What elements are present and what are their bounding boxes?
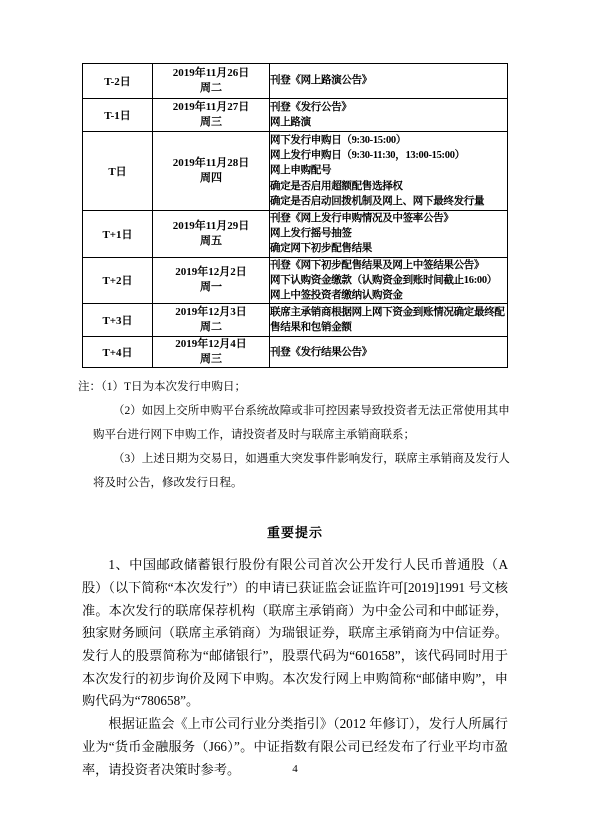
- date-cell: 2019年11月29日周五: [153, 211, 270, 258]
- schedule-table-body: T-2日2019年11月26日周二刊登《网上路演公告》T-1日2019年11月2…: [83, 64, 508, 368]
- event-line: 刊登《发行公告》: [270, 100, 507, 115]
- events-cell: 刊登《网上发行申购情况及中签率公告》网上发行摇号抽签确定网下初步配售结果: [270, 211, 508, 258]
- document-page: T-2日2019年11月26日周二刊登《网上路演公告》T-1日2019年11月2…: [0, 0, 590, 818]
- weekday-text: 周四: [153, 171, 269, 186]
- weekday-text: 周三: [153, 115, 269, 130]
- paragraph-1: 1、中国邮政储蓄银行股份有限公司首次公开发行人民币普通股（A 股）（以下简称“本…: [82, 554, 508, 713]
- section-heading: 重要提示: [82, 522, 508, 541]
- date-cell: 2019年12月2日周一: [153, 257, 270, 304]
- events-cell: 联席主承销商根据网上网下资金到账情况确定最终配售结果和包销金额: [270, 304, 508, 337]
- schedule-row: T+1日2019年11月29日周五刊登《网上发行申购情况及中签率公告》网上发行摇…: [83, 211, 508, 258]
- page-content: T-2日2019年11月26日周二刊登《网上路演公告》T-1日2019年11月2…: [82, 63, 508, 781]
- schedule-row: T+2日2019年12月2日周一刊登《网下初步配售结果及网上中签结果公告》网下认…: [83, 257, 508, 304]
- date-text: 2019年11月27日: [153, 100, 269, 115]
- schedule-row: T-2日2019年11月26日周二刊登《网上路演公告》: [83, 64, 508, 99]
- events-cell: 刊登《网下初步配售结果及网上中签结果公告》网下认购资金缴款（认购资金到账时间截止…: [270, 257, 508, 304]
- event-line: 联席主承销商根据网上网下资金到账情况确定最终配售结果和包销金额: [270, 305, 507, 335]
- schedule-row: T+4日2019年12月4日周三刊登《发行结果公告》: [83, 337, 508, 368]
- schedule-row: T-1日2019年11月27日周三刊登《发行公告》网上路演: [83, 99, 508, 132]
- date-text: 2019年12月4日: [153, 337, 269, 352]
- event-line: 网下发行申购日（9:30-15:00）: [270, 133, 507, 148]
- event-line: 网上发行申购日（9:30-11:30，13:00-15:00）: [270, 148, 507, 163]
- day-cell: T+4日: [83, 337, 153, 368]
- date-text: 2019年11月29日: [153, 219, 269, 234]
- weekday-text: 周二: [153, 81, 269, 96]
- weekday-text: 周三: [153, 352, 269, 367]
- note-1: 注：（1）T日为本次发行申购日；: [78, 375, 510, 399]
- section-body: 1、中国邮政储蓄银行股份有限公司首次公开发行人民币普通股（A 股）（以下简称“本…: [82, 554, 508, 781]
- date-text: 2019年12月2日: [153, 265, 269, 280]
- date-text: 2019年11月28日: [153, 156, 269, 171]
- day-cell: T+2日: [83, 257, 153, 304]
- event-line: 网上申购配号: [270, 163, 507, 178]
- event-line: 刊登《网下初步配售结果及网上中签结果公告》: [270, 258, 507, 273]
- page-number: 4: [0, 763, 590, 775]
- weekday-text: 周五: [153, 234, 269, 249]
- events-cell: 刊登《网上路演公告》: [270, 64, 508, 99]
- date-cell: 2019年11月28日周四: [153, 132, 270, 211]
- date-text: 2019年11月26日: [153, 66, 269, 81]
- date-cell: 2019年12月4日周三: [153, 337, 270, 368]
- event-line: 确定是否启用超额配售选择权: [270, 179, 507, 194]
- issuance-schedule-table: T-2日2019年11月26日周二刊登《网上路演公告》T-1日2019年11月2…: [82, 63, 508, 368]
- weekday-text: 周二: [153, 320, 269, 335]
- date-cell: 2019年11月26日周二: [153, 64, 270, 99]
- event-line: 刊登《发行结果公告》: [270, 345, 507, 360]
- day-cell: T+3日: [83, 304, 153, 337]
- event-line: 网上中签投资者缴纳认购资金: [270, 288, 507, 303]
- event-line: 刊登《网上路演公告》: [270, 73, 507, 88]
- events-cell: 刊登《发行结果公告》: [270, 337, 508, 368]
- day-cell: T-2日: [83, 64, 153, 99]
- date-cell: 2019年12月3日周二: [153, 304, 270, 337]
- day-cell: T-1日: [83, 99, 153, 132]
- event-line: 确定是否启动回拨机制及网上、网下最终发行量: [270, 194, 507, 209]
- event-line: 刊登《网上发行申购情况及中签率公告》: [270, 211, 507, 226]
- note-3: （3）上述日期为交易日，如遇重大突发事件影响发行，联席主承销商及发行人将及时公告…: [78, 447, 510, 495]
- event-line: 网上发行摇号抽签: [270, 226, 507, 241]
- notes-block: 注：（1）T日为本次发行申购日； （2）如因上交所申购平台系统故障或非可控因素导…: [78, 375, 510, 495]
- event-line: 网下认购资金缴款（认购资金到账时间截止16:00）: [270, 273, 507, 288]
- events-cell: 刊登《发行公告》网上路演: [270, 99, 508, 132]
- event-line: 网上路演: [270, 115, 507, 130]
- weekday-text: 周一: [153, 280, 269, 295]
- note-2: （2）如因上交所申购平台系统故障或非可控因素导致投资者无法正常使用其申购平台进行…: [78, 399, 510, 447]
- day-cell: T日: [83, 132, 153, 211]
- schedule-row: T+3日2019年12月3日周二联席主承销商根据网上网下资金到账情况确定最终配售…: [83, 304, 508, 337]
- day-cell: T+1日: [83, 211, 153, 258]
- schedule-row: T日2019年11月28日周四网下发行申购日（9:30-15:00）网上发行申购…: [83, 132, 508, 211]
- date-text: 2019年12月3日: [153, 305, 269, 320]
- date-cell: 2019年11月27日周三: [153, 99, 270, 132]
- event-line: 确定网下初步配售结果: [270, 241, 507, 256]
- events-cell: 网下发行申购日（9:30-15:00）网上发行申购日（9:30-11:30，13…: [270, 132, 508, 211]
